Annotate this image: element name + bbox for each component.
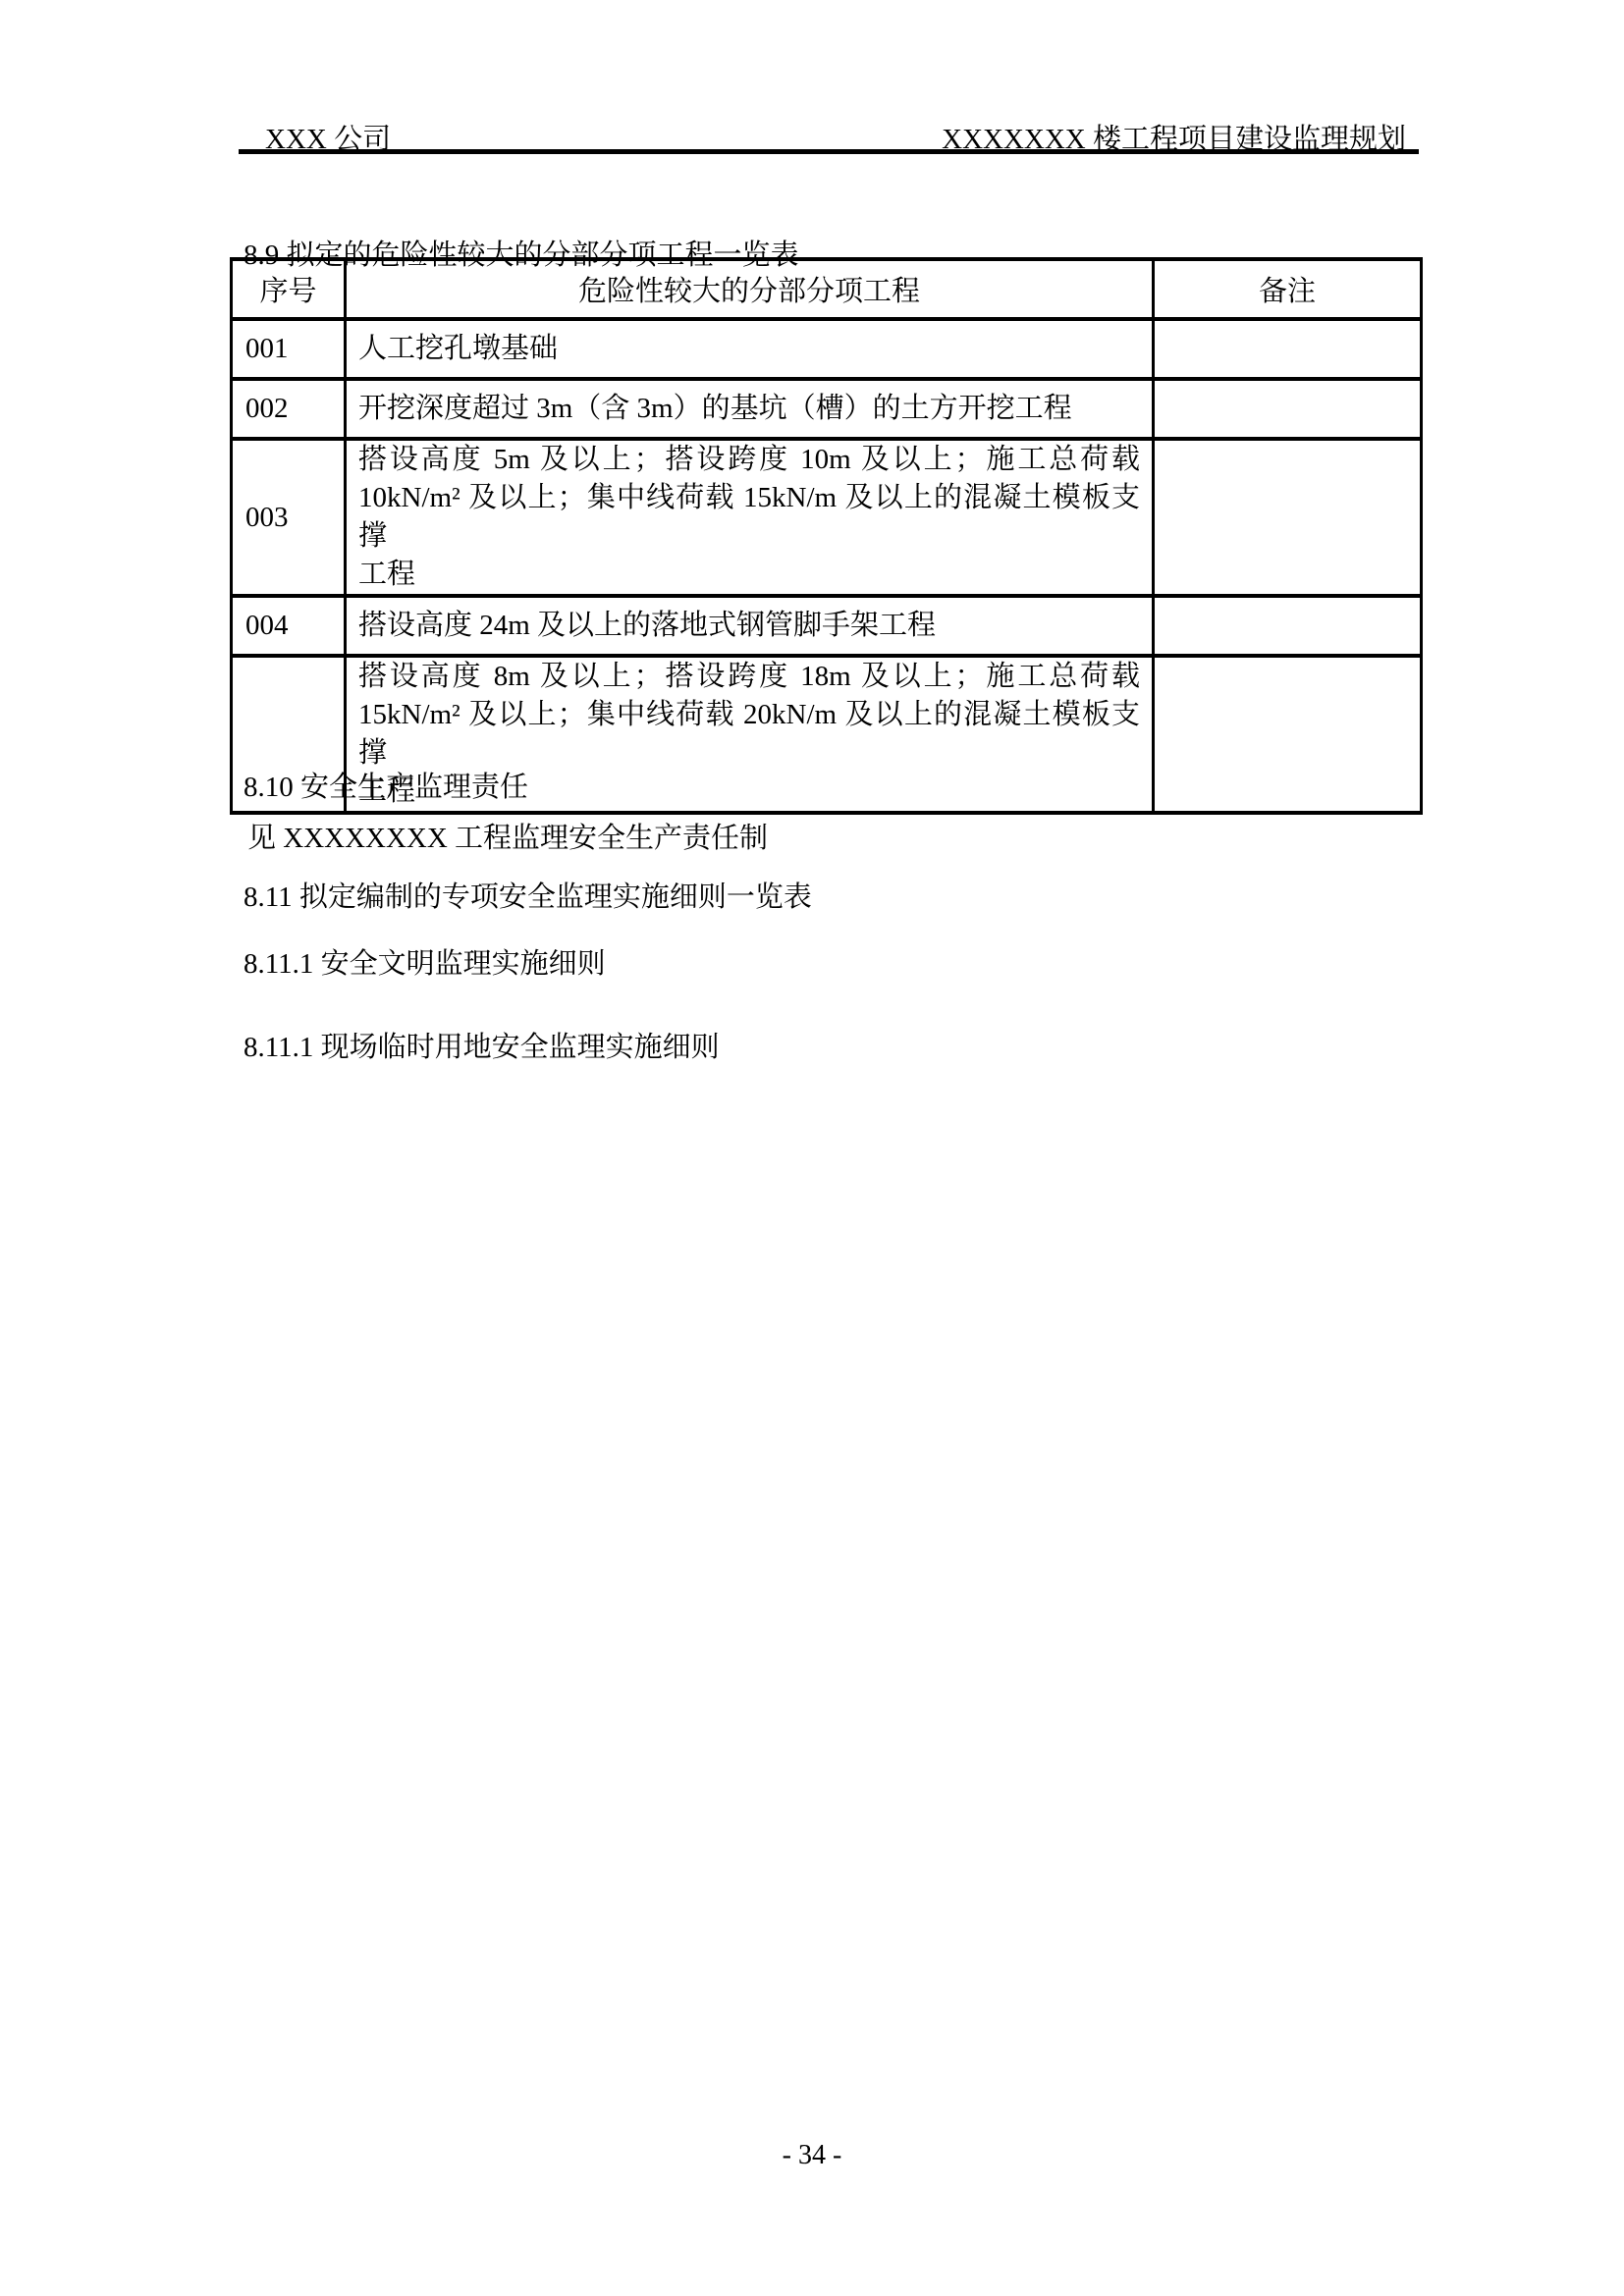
- remark-cell: [1154, 439, 1422, 596]
- table-row: 001 人工挖孔墩基础: [232, 319, 1422, 379]
- remark-cell: [1154, 379, 1422, 439]
- page-number: - 34 -: [0, 2140, 1624, 2171]
- project-cell: 开挖深度超过 3m（含 3m）的基坑（槽）的土方开挖工程: [346, 379, 1154, 439]
- project-cell: 搭设高度 5m 及以上；搭设跨度 10m 及以上；施工总荷载 10kN/m² 及…: [346, 439, 1154, 596]
- remark-cell: [1154, 319, 1422, 379]
- table-row: 002 开挖深度超过 3m（含 3m）的基坑（槽）的土方开挖工程: [232, 379, 1422, 439]
- project-line: 工程: [358, 556, 1140, 594]
- serial-cell: 001: [232, 319, 346, 379]
- hazard-table: 序号 危险性较大的分部分项工程 备注 001 人工挖孔墩基础 002 开挖深度超…: [230, 257, 1423, 815]
- project-line: 搭设高度 24m 及以上的落地式钢管脚手架工程: [358, 607, 1140, 645]
- section-title-8-11-1-b: 8.11.1 现场临时用地安全监理实施细则: [244, 1025, 720, 1065]
- serial-cell: 003: [232, 439, 346, 596]
- header-rule: [239, 149, 1419, 154]
- table-row: 004 搭设高度 24m 及以上的落地式钢管脚手架工程: [232, 596, 1422, 656]
- remark-cell: [1154, 596, 1422, 656]
- project-line: 搭设高度 8m 及以上；搭设跨度 18m 及以上；施工总荷载: [358, 658, 1140, 696]
- section-title-8-11-1-a: 8.11.1 安全文明监理实施细则: [244, 941, 606, 982]
- section-body-8-10: 见 XXXXXXXX 工程监理安全生产责任制: [247, 816, 768, 856]
- table-header-remark: 备注: [1154, 259, 1422, 319]
- section-title-8-11: 8.11 拟定编制的专项安全监理实施细则一览表: [244, 875, 812, 915]
- section-title-8-10: 8.10 安全生产监理责任: [244, 765, 528, 805]
- project-cell: 搭设高度 24m 及以上的落地式钢管脚手架工程: [346, 596, 1154, 656]
- project-line: 开挖深度超过 3m（含 3m）的基坑（槽）的土方开挖工程: [358, 390, 1140, 428]
- project-cell: 人工挖孔墩基础: [346, 319, 1154, 379]
- table-header-serial: 序号: [232, 259, 346, 319]
- table-header-row: 序号 危险性较大的分部分项工程 备注: [232, 259, 1422, 319]
- table-header-project: 危险性较大的分部分项工程: [346, 259, 1154, 319]
- project-line: 10kN/m² 及以上；集中线荷载 15kN/m 及以上的混凝土模板支撑: [358, 479, 1140, 556]
- table-row: 003 搭设高度 5m 及以上；搭设跨度 10m 及以上；施工总荷载 10kN/…: [232, 439, 1422, 596]
- project-line: 搭设高度 5m 及以上；搭设跨度 10m 及以上；施工总荷载: [358, 441, 1140, 479]
- remark-cell: [1154, 656, 1422, 813]
- serial-cell: 002: [232, 379, 346, 439]
- project-line: 人工挖孔墩基础: [358, 330, 1140, 368]
- document-page: XXX 公司 XXXXXXX 楼工程项目建设监理规划 8.9 拟定的危险性较大的…: [0, 0, 1624, 2296]
- project-line: 15kN/m² 及以上；集中线荷载 20kN/m 及以上的混凝土模板支撑: [358, 696, 1140, 773]
- serial-cell: 004: [232, 596, 346, 656]
